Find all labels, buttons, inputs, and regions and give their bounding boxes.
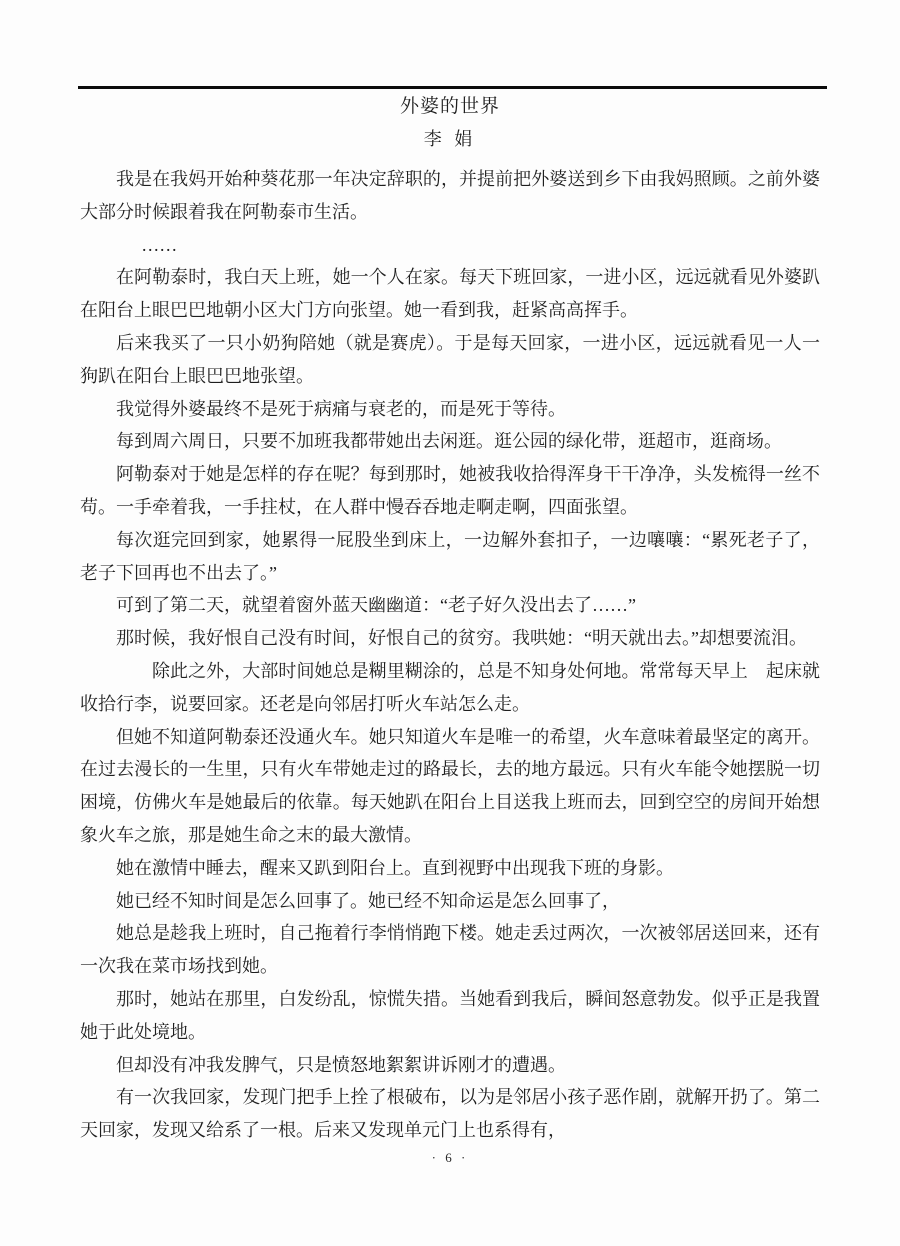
paragraph: 那时候，我好恨自己没有时间，好恨自己的贫穷。我哄她：“明天就出去。”却想要流泪。 xyxy=(80,622,820,655)
article-title: 外婆的世界 xyxy=(80,94,820,120)
paragraph: 她已经不知时间是怎么回事了。她已经不知命运是怎么回事了， xyxy=(80,885,820,918)
paragraph: 可到了第二天，就望着窗外蓝天幽幽道：“老子好久没出去了……” xyxy=(80,589,820,622)
paragraph: 阿勒泰对于她是怎样的存在呢？每到那时，她被我收拾得浑身干干净净，头发梳得一丝不苟… xyxy=(80,458,820,524)
article-body: 我是在我妈开始种葵花那一年决定辞职的，并提前把外婆送到乡下由我妈照顾。之前外婆大… xyxy=(80,163,820,1147)
paragraph: 我觉得外婆最终不是死于病痛与衰老的，而是死于等待。 xyxy=(80,393,820,426)
document-page: 外婆的世界 李 娟 我是在我妈开始种葵花那一年决定辞职的，并提前把外婆送到乡下由… xyxy=(0,0,900,1246)
paragraph: 我是在我妈开始种葵花那一年决定辞职的，并提前把外婆送到乡下由我妈照顾。之前外婆大… xyxy=(80,163,820,229)
paragraph: 有一次我回家，发现门把手上拴了根破布，以为是邻居小孩子恶作剧，就解开扔了。第二天… xyxy=(80,1081,820,1147)
paragraph: 那时，她站在那里，白发纷乱，惊慌失措。当她看到我后，瞬间怒意勃发。似乎正是我置她… xyxy=(80,983,820,1049)
page-content: 外婆的世界 李 娟 我是在我妈开始种葵花那一年决定辞职的，并提前把外婆送到乡下由… xyxy=(80,94,820,1147)
paragraph: 她在激情中睡去，醒来又趴到阳台上。直到视野中出现我下班的身影。 xyxy=(80,852,820,885)
paragraph: 在阿勒泰时，我白天上班，她一个人在家。每天下班回家，一进小区，远远就看见外婆趴在… xyxy=(80,261,820,327)
paragraph: 除此之外，大部时间她总是糊里糊涂的，总是不知身处何地。常常每天早上 起床就收拾行… xyxy=(80,655,820,721)
header-rule xyxy=(78,86,827,89)
page-number: · 6 · xyxy=(0,1150,900,1166)
paragraph: 但她不知道阿勒泰还没通火车。她只知道火车是唯一的希望，火车意味着最坚定的离开。在… xyxy=(80,721,820,852)
paragraph: 每次逛完回到家，她累得一屁股坐到床上，一边解外套扣子，一边嚷嚷：“累死老子了，老… xyxy=(80,524,820,590)
paragraph: 后来我买了一只小奶狗陪她（就是赛虎）。于是每天回家，一进小区，远远就看见一人一狗… xyxy=(80,327,820,393)
paragraph: 她总是趁我上班时，自己拖着行李悄悄跑下楼。她走丢过两次，一次被邻居送回来，还有一… xyxy=(80,917,820,983)
paragraph: 但却没有冲我发脾气，只是愤怒地絮絮讲诉刚才的遭遇。 xyxy=(80,1049,820,1082)
article-author: 李 娟 xyxy=(80,126,820,152)
paragraph: 每到周六周日，只要不加班我都带她出去闲逛。逛公园的绿化带，逛超市，逛商场。 xyxy=(80,425,820,458)
paragraph: …… xyxy=(80,229,820,262)
